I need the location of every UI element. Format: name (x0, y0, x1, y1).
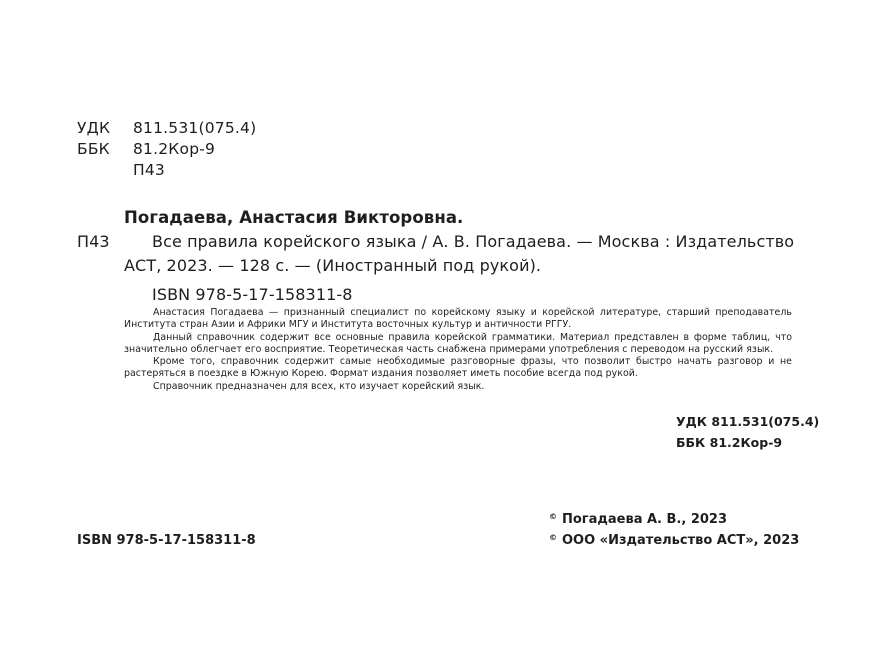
annotation-paragraph: Анастасия Погадаева — признанный специал… (124, 307, 792, 332)
copyright-icon: © (549, 512, 557, 521)
annotation-paragraph: Кроме того, справочник содержит самые не… (124, 356, 792, 381)
udk-index-right: УДК 811.531(075.4) (676, 414, 819, 429)
annotation: Анастасия Погадаева — признанный специал… (124, 307, 792, 393)
annotation-paragraph: Справочник предназначен для всех, кто из… (124, 381, 792, 393)
author-sign: П43 (133, 160, 165, 180)
bbk-value: 81.2Кор-9 (133, 139, 215, 159)
entry-isbn: ISBN 978-5-17-158311-8 (152, 285, 353, 304)
copyright-author: ©Погадаева А. В., 2023 (549, 512, 727, 527)
udk-label: УДК (77, 118, 110, 138)
bbk-index-right: ББК 81.2Кор-9 (676, 435, 782, 450)
bbk-label: ББК (77, 139, 110, 159)
copyright-icon: © (549, 533, 557, 542)
author-name: Погадаева, Анастасия Викторовна. (124, 208, 463, 227)
copyright-publisher: ©ООО «Издательство АСТ», 2023 (549, 533, 799, 548)
copyright-publisher-text: ООО «Издательство АСТ», 2023 (562, 533, 799, 548)
copyright-author-text: Погадаева А. В., 2023 (562, 512, 727, 527)
entry-author-sign: П43 (77, 232, 110, 251)
footer-isbn: ISBN 978-5-17-158311-8 (77, 533, 256, 548)
entry-title-line-1: Все правила корейского языка / А. В. Пог… (152, 232, 794, 251)
udk-value: 811.531(075.4) (133, 118, 256, 138)
entry-title-line-2: АСТ, 2023. — 128 с. — (Иностранный под р… (124, 256, 541, 275)
annotation-paragraph: Данный справочник содержит все основные … (124, 332, 792, 357)
